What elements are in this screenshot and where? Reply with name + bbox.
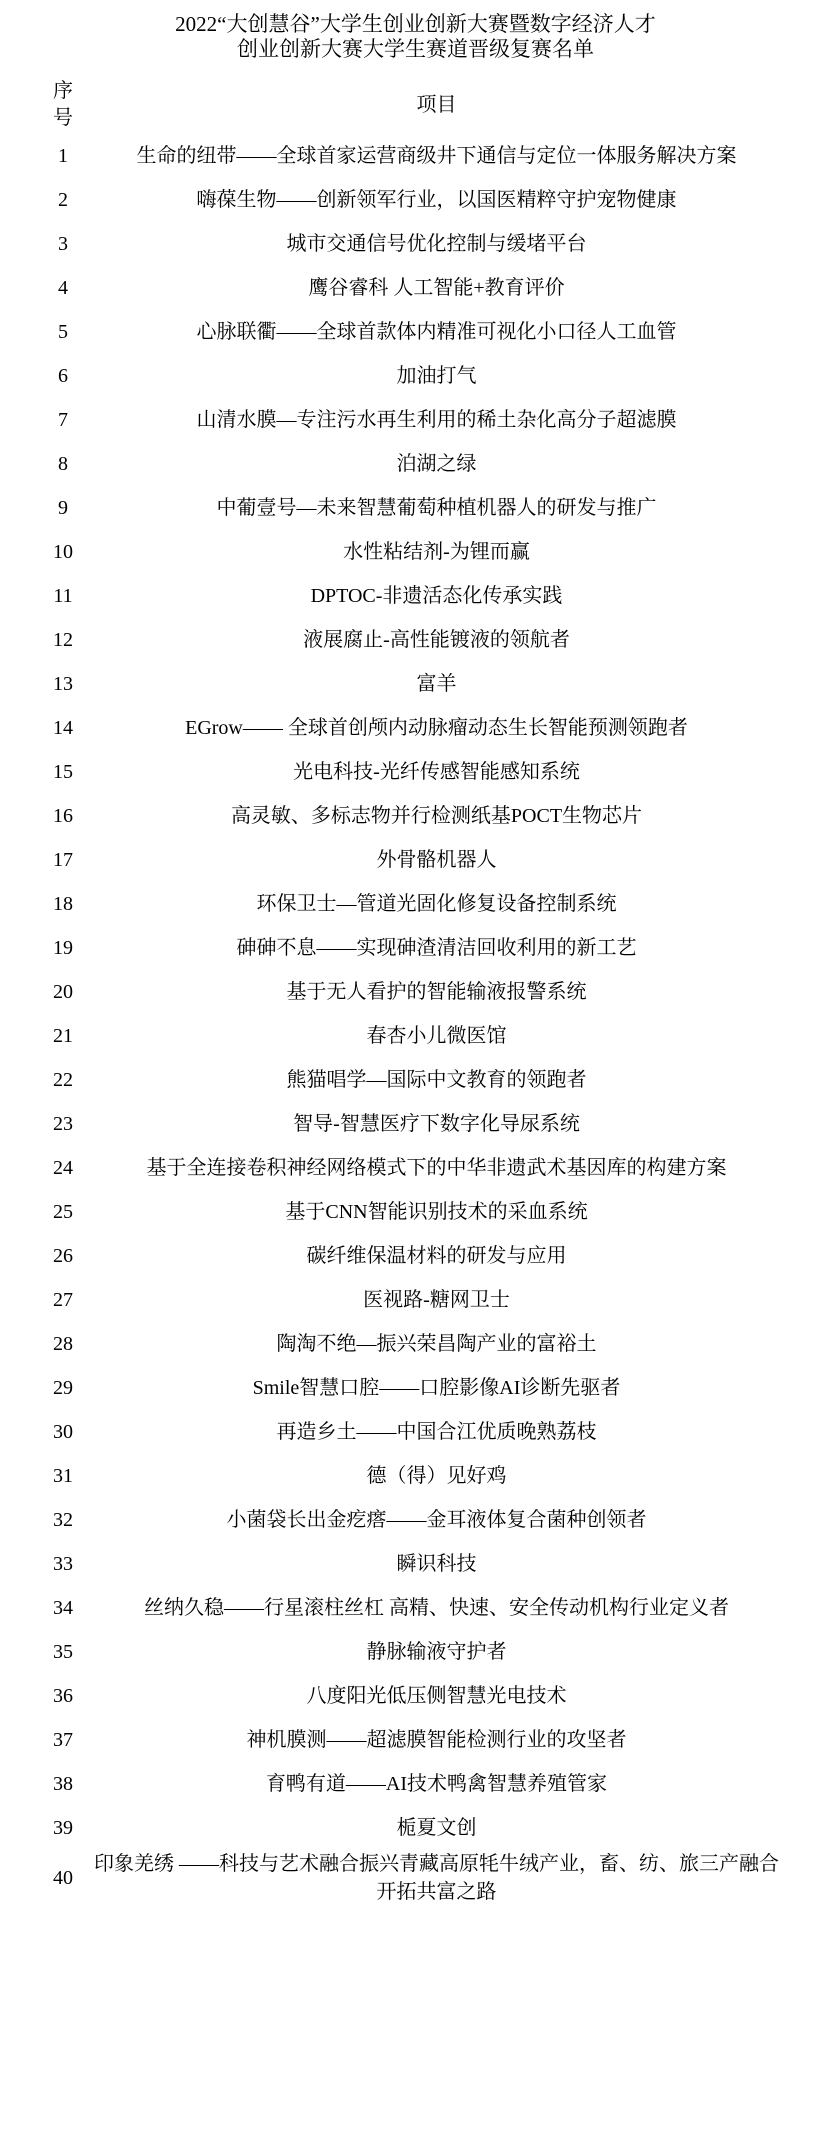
table-row: 16 高灵敏、多标志物并行检测纸基POCT生物芯片 bbox=[0, 794, 831, 838]
table-row: 20 基于无人看护的智能输液报警系统 bbox=[0, 970, 831, 1014]
row-project-name: 环保卫士—管道光固化修复设备控制系统 bbox=[86, 890, 787, 918]
table-row: 8 泊湖之绿 bbox=[0, 442, 831, 486]
table-row: 34 丝纳久稳——行星滚柱丝杠 高精、快速、安全传动机构行业定义者 bbox=[0, 1586, 831, 1630]
row-index: 15 bbox=[40, 759, 86, 786]
table-row: 10 水性粘结剂-为锂而赢 bbox=[0, 530, 831, 574]
row-index: 32 bbox=[40, 1507, 86, 1534]
row-project-name: 中葡壹号—未来智慧葡萄种植机器人的研发与推广 bbox=[86, 494, 787, 522]
table-row: 5 心脉联衢——全球首款体内精准可视化小口径人工血管 bbox=[0, 310, 831, 354]
table-row: 30 再造乡土——中国合江优质晚熟荔枝 bbox=[0, 1410, 831, 1454]
column-header-project: 项目 bbox=[86, 91, 787, 119]
row-project-name: 基于无人看护的智能输液报警系统 bbox=[86, 978, 787, 1006]
table-row: 27 医视路-糖网卫士 bbox=[0, 1278, 831, 1322]
row-project-name: 智导-智慧医疗下数字化导尿系统 bbox=[86, 1110, 787, 1138]
document-title-line2: 创业创新大赛大学生赛道晋级复赛名单 bbox=[60, 37, 771, 62]
row-index: 37 bbox=[40, 1727, 86, 1754]
promotion-list-table: 序号 项目 1 生命的纽带——全球首家运营商级井下通信与定位一体服务解决方案 2… bbox=[0, 76, 831, 1906]
table-row: 6 加油打气 bbox=[0, 354, 831, 398]
row-index: 7 bbox=[40, 407, 86, 434]
row-index: 30 bbox=[40, 1419, 86, 1446]
row-index: 8 bbox=[40, 451, 86, 478]
row-project-name: 春杏小儿微医馆 bbox=[86, 1022, 787, 1050]
row-index: 33 bbox=[40, 1551, 86, 1578]
row-project-name: 城市交通信号优化控制与缓堵平台 bbox=[86, 230, 787, 258]
row-index: 39 bbox=[40, 1815, 86, 1842]
table-row: 1 生命的纽带——全球首家运营商级井下通信与定位一体服务解决方案 bbox=[0, 134, 831, 178]
row-project-name: DPTOC-非遗活态化传承实践 bbox=[86, 582, 787, 610]
row-project-name: 栀夏文创 bbox=[86, 1814, 787, 1842]
table-header-row: 序号 项目 bbox=[0, 76, 831, 134]
row-index: 25 bbox=[40, 1199, 86, 1226]
table-row: 19 砷砷不息——实现砷渣清洁回收利用的新工艺 bbox=[0, 926, 831, 970]
table-row: 7 山清水膜—专注污水再生利用的稀土杂化高分子超滤膜 bbox=[0, 398, 831, 442]
table-row: 18 环保卫士—管道光固化修复设备控制系统 bbox=[0, 882, 831, 926]
table-row: 40 印象羌绣 ——科技与艺术融合振兴青藏高原牦牛绒产业，畜、纺、旅三产融合开拓… bbox=[0, 1850, 831, 1906]
column-header-index-label: 序号 bbox=[52, 78, 74, 132]
table-row: 15 光电科技-光纤传感智能感知系统 bbox=[0, 750, 831, 794]
column-header-index: 序号 bbox=[40, 78, 86, 132]
document-title: 2022“大创慧谷”大学生创业创新大赛暨数字经济人才 创业创新大赛大学生赛道晋级… bbox=[60, 12, 771, 62]
row-index: 4 bbox=[40, 275, 86, 302]
table-row: 36 八度阳光低压侧智慧光电技术 bbox=[0, 1674, 831, 1718]
row-project-name: 液展腐止-高性能镀液的领航者 bbox=[86, 626, 787, 654]
row-project-name: 丝纳久稳——行星滚柱丝杠 高精、快速、安全传动机构行业定义者 bbox=[86, 1594, 787, 1622]
row-project-name: 静脉输液守护者 bbox=[86, 1638, 787, 1666]
row-index: 21 bbox=[40, 1023, 86, 1050]
table-row: 25 基于CNN智能识别技术的采血系统 bbox=[0, 1190, 831, 1234]
row-index: 13 bbox=[40, 671, 86, 698]
row-project-name: Smile智慧口腔——口腔影像AI诊断先驱者 bbox=[86, 1374, 787, 1402]
row-project-name: 心脉联衢——全球首款体内精准可视化小口径人工血管 bbox=[86, 318, 787, 346]
row-project-name: 熊猫唱学—国际中文教育的领跑者 bbox=[86, 1066, 787, 1094]
row-index: 16 bbox=[40, 803, 86, 830]
row-project-name: 育鸭有道——AI技术鸭禽智慧养殖管家 bbox=[86, 1770, 787, 1798]
row-index: 35 bbox=[40, 1639, 86, 1666]
table-body: 1 生命的纽带——全球首家运营商级井下通信与定位一体服务解决方案 2 嗨葆生物—… bbox=[0, 134, 831, 1906]
row-project-name: 富羊 bbox=[86, 670, 787, 698]
row-project-name: 瞬识科技 bbox=[86, 1550, 787, 1578]
row-index: 27 bbox=[40, 1287, 86, 1314]
table-row: 12 液展腐止-高性能镀液的领航者 bbox=[0, 618, 831, 662]
row-project-name: 鹰谷睿科 人工智能+教育评价 bbox=[86, 274, 787, 302]
row-project-name: 外骨骼机器人 bbox=[86, 846, 787, 874]
row-index: 18 bbox=[40, 891, 86, 918]
row-index: 3 bbox=[40, 231, 86, 258]
row-index: 36 bbox=[40, 1683, 86, 1710]
row-project-name: 德（得）见好鸡 bbox=[86, 1462, 787, 1490]
row-project-name: 再造乡土——中国合江优质晚熟荔枝 bbox=[86, 1418, 787, 1446]
row-index: 9 bbox=[40, 495, 86, 522]
row-index: 2 bbox=[40, 187, 86, 214]
row-project-name: 山清水膜—专注污水再生利用的稀土杂化高分子超滤膜 bbox=[86, 406, 787, 434]
row-project-name: 高灵敏、多标志物并行检测纸基POCT生物芯片 bbox=[86, 802, 787, 830]
row-index: 17 bbox=[40, 847, 86, 874]
table-row: 21 春杏小儿微医馆 bbox=[0, 1014, 831, 1058]
row-project-name: 水性粘结剂-为锂而赢 bbox=[86, 538, 787, 566]
table-row: 31 德（得）见好鸡 bbox=[0, 1454, 831, 1498]
row-index: 38 bbox=[40, 1771, 86, 1798]
row-project-name: 小菌袋长出金疙瘩——金耳液体复合菌种创领者 bbox=[86, 1506, 787, 1534]
row-index: 10 bbox=[40, 539, 86, 566]
row-index: 19 bbox=[40, 935, 86, 962]
table-row: 13 富羊 bbox=[0, 662, 831, 706]
row-project-name: EGrow—— 全球首创颅内动脉瘤动态生长智能预测领跑者 bbox=[86, 714, 787, 742]
table-row: 38 育鸭有道——AI技术鸭禽智慧养殖管家 bbox=[0, 1762, 831, 1806]
document-title-line1: 2022“大创慧谷”大学生创业创新大赛暨数字经济人才 bbox=[60, 12, 771, 37]
table-row: 23 智导-智慧医疗下数字化导尿系统 bbox=[0, 1102, 831, 1146]
row-project-name: 八度阳光低压侧智慧光电技术 bbox=[86, 1682, 787, 1710]
row-project-name: 陶淘不绝—振兴荣昌陶产业的富裕土 bbox=[86, 1330, 787, 1358]
row-index: 6 bbox=[40, 363, 86, 390]
row-project-name: 碳纤维保温材料的研发与应用 bbox=[86, 1242, 787, 1270]
row-index: 34 bbox=[40, 1595, 86, 1622]
row-index: 11 bbox=[40, 583, 86, 610]
row-index: 40 bbox=[40, 1865, 86, 1892]
document-page: 2022“大创慧谷”大学生创业创新大赛暨数字经济人才 创业创新大赛大学生赛道晋级… bbox=[0, 0, 831, 2139]
row-project-name: 砷砷不息——实现砷渣清洁回收利用的新工艺 bbox=[86, 934, 787, 962]
row-index: 14 bbox=[40, 715, 86, 742]
table-row: 28 陶淘不绝—振兴荣昌陶产业的富裕土 bbox=[0, 1322, 831, 1366]
table-row: 11 DPTOC-非遗活态化传承实践 bbox=[0, 574, 831, 618]
table-row: 35 静脉输液守护者 bbox=[0, 1630, 831, 1674]
table-row: 2 嗨葆生物——创新领军行业，以国医精粹守护宠物健康 bbox=[0, 178, 831, 222]
table-row: 24 基于全连接卷积神经网络模式下的中华非遗武术基因库的构建方案 bbox=[0, 1146, 831, 1190]
table-row: 32 小菌袋长出金疙瘩——金耳液体复合菌种创领者 bbox=[0, 1498, 831, 1542]
row-index: 20 bbox=[40, 979, 86, 1006]
row-project-name: 神机膜测——超滤膜智能检测行业的攻坚者 bbox=[86, 1726, 787, 1754]
row-index: 22 bbox=[40, 1067, 86, 1094]
row-project-name: 嗨葆生物——创新领军行业，以国医精粹守护宠物健康 bbox=[86, 186, 787, 214]
row-index: 1 bbox=[40, 143, 86, 170]
row-index: 24 bbox=[40, 1155, 86, 1182]
row-project-name: 泊湖之绿 bbox=[86, 450, 787, 478]
table-row: 4 鹰谷睿科 人工智能+教育评价 bbox=[0, 266, 831, 310]
table-row: 17 外骨骼机器人 bbox=[0, 838, 831, 882]
row-index: 23 bbox=[40, 1111, 86, 1138]
row-index: 12 bbox=[40, 627, 86, 654]
row-index: 29 bbox=[40, 1375, 86, 1402]
column-header-project-label: 项目 bbox=[417, 91, 457, 119]
table-row: 9 中葡壹号—未来智慧葡萄种植机器人的研发与推广 bbox=[0, 486, 831, 530]
row-index: 28 bbox=[40, 1331, 86, 1358]
row-project-name: 生命的纽带——全球首家运营商级井下通信与定位一体服务解决方案 bbox=[86, 142, 787, 170]
row-index: 26 bbox=[40, 1243, 86, 1270]
table-row: 22 熊猫唱学—国际中文教育的领跑者 bbox=[0, 1058, 831, 1102]
table-row: 29 Smile智慧口腔——口腔影像AI诊断先驱者 bbox=[0, 1366, 831, 1410]
table-row: 26 碳纤维保温材料的研发与应用 bbox=[0, 1234, 831, 1278]
table-row: 39 栀夏文创 bbox=[0, 1806, 831, 1850]
row-project-name: 基于全连接卷积神经网络模式下的中华非遗武术基因库的构建方案 bbox=[86, 1154, 787, 1182]
row-project-name: 基于CNN智能识别技术的采血系统 bbox=[86, 1198, 787, 1226]
row-project-name: 印象羌绣 ——科技与艺术融合振兴青藏高原牦牛绒产业，畜、纺、旅三产融合开拓共富之… bbox=[86, 1850, 787, 1906]
row-project-name: 光电科技-光纤传感智能感知系统 bbox=[86, 758, 787, 786]
table-row: 33 瞬识科技 bbox=[0, 1542, 831, 1586]
table-row: 37 神机膜测——超滤膜智能检测行业的攻坚者 bbox=[0, 1718, 831, 1762]
row-index: 31 bbox=[40, 1463, 86, 1490]
row-project-name: 医视路-糖网卫士 bbox=[86, 1286, 787, 1314]
table-row: 14 EGrow—— 全球首创颅内动脉瘤动态生长智能预测领跑者 bbox=[0, 706, 831, 750]
row-project-name: 加油打气 bbox=[86, 362, 787, 390]
row-index: 5 bbox=[40, 319, 86, 346]
table-row: 3 城市交通信号优化控制与缓堵平台 bbox=[0, 222, 831, 266]
